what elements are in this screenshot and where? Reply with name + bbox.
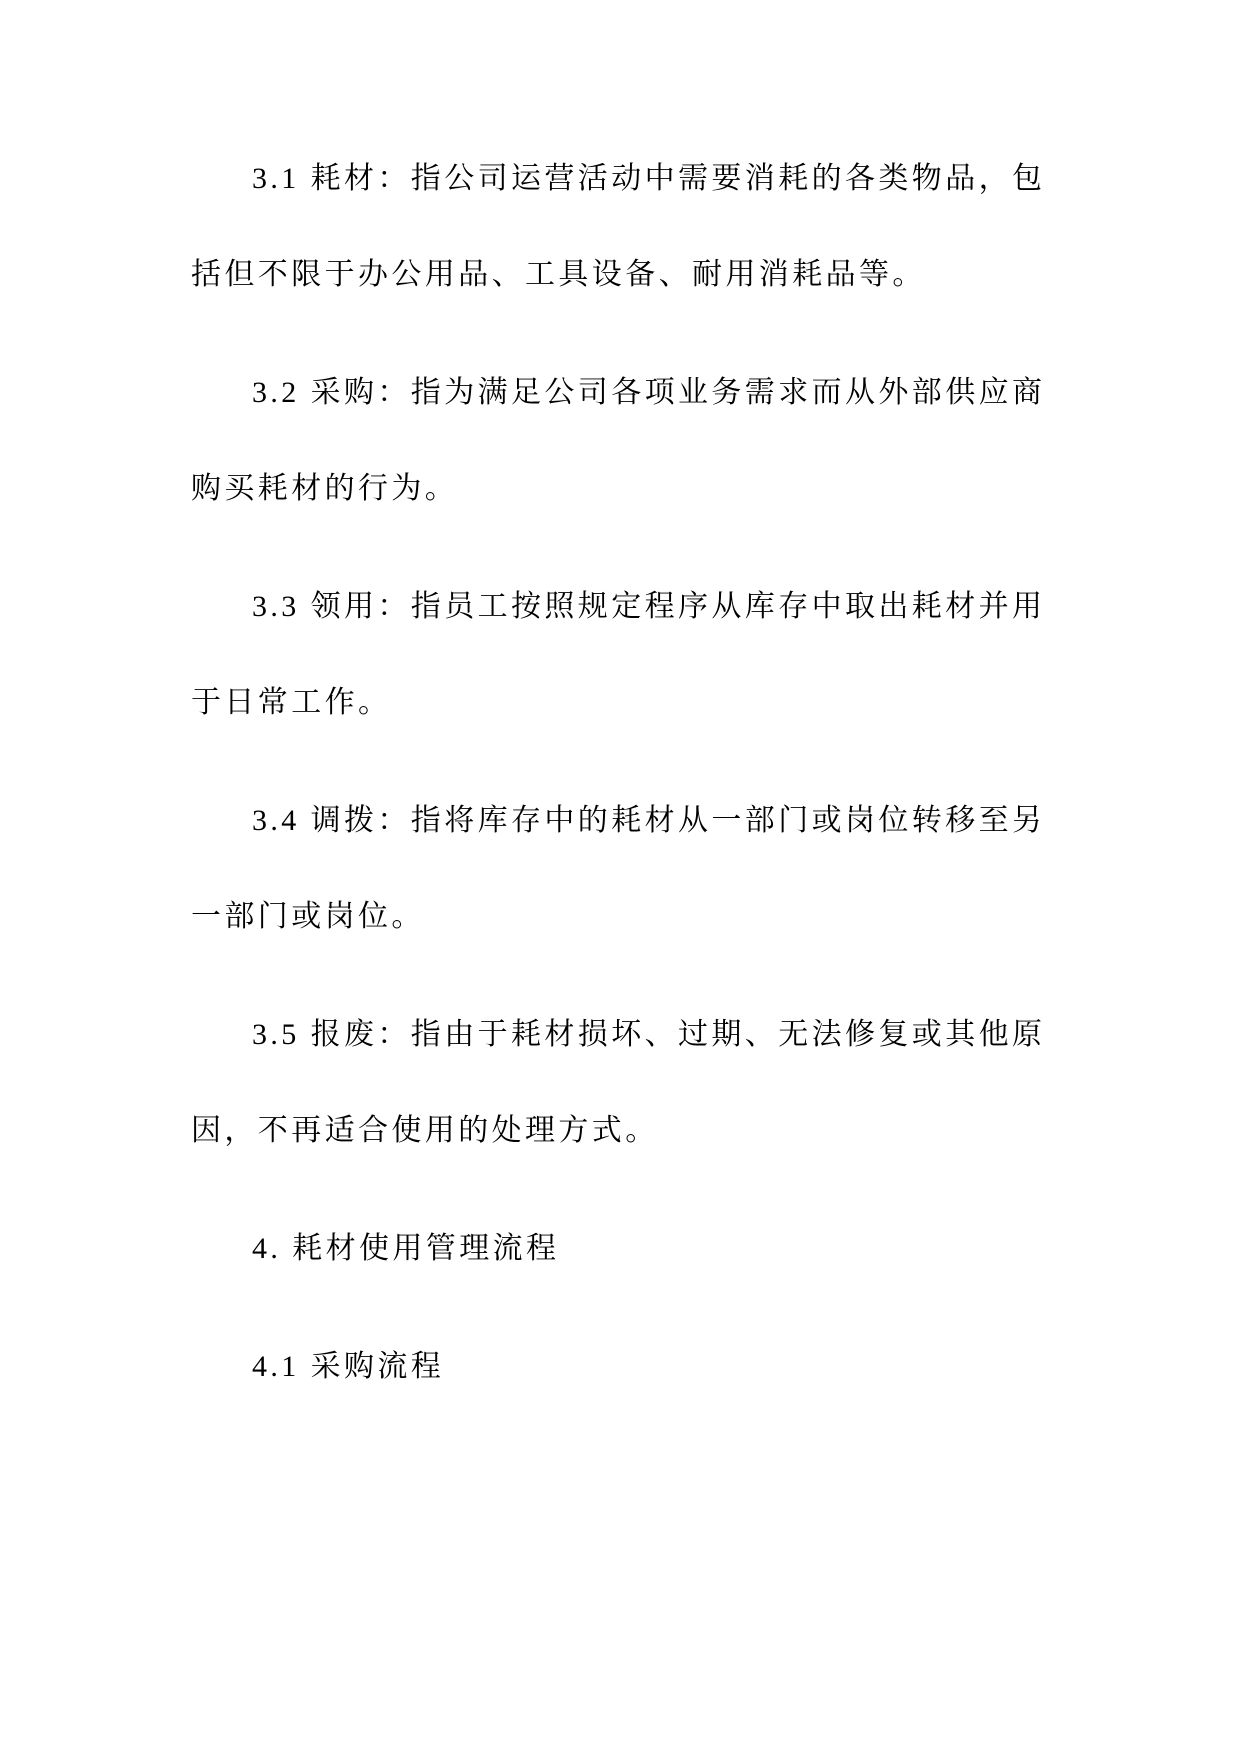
paragraph-line: 于日常工作。 <box>191 655 1041 751</box>
definition-scrapping: 3.5 报废：指由于耗材损坏、过期、无法修复或其他原 因，不再适合使用的处理方式… <box>191 987 1041 1179</box>
heading-text: 4.1 采购流程 <box>191 1319 1041 1415</box>
document-body: 3.1 耗材：指公司运营活动中需要消耗的各类物品，包 括但不限于办公用品、工具设… <box>191 131 1041 1437</box>
paragraph-line: 购买耗材的行为。 <box>191 441 1041 537</box>
paragraph-line: 3.2 采购：指为满足公司各项业务需求而从外部供应商 <box>191 345 1041 441</box>
definition-transfer: 3.4 调拨：指将库存中的耗材从一部门或岗位转移至另 一部门或岗位。 <box>191 773 1041 965</box>
paragraph-line: 3.3 领用：指员工按照规定程序从库存中取出耗材并用 <box>191 559 1041 655</box>
paragraph-line: 3.1 耗材：指公司运营活动中需要消耗的各类物品，包 <box>191 131 1041 227</box>
paragraph-line: 因，不再适合使用的处理方式。 <box>191 1083 1041 1179</box>
definition-procurement: 3.2 采购：指为满足公司各项业务需求而从外部供应商 购买耗材的行为。 <box>191 345 1041 537</box>
paragraph-line: 一部门或岗位。 <box>191 869 1041 965</box>
paragraph-line: 3.4 调拨：指将库存中的耗材从一部门或岗位转移至另 <box>191 773 1041 869</box>
section-heading-usage-process: 4. 耗材使用管理流程 <box>191 1201 1041 1297</box>
definition-consumables: 3.1 耗材：指公司运营活动中需要消耗的各类物品，包 括但不限于办公用品、工具设… <box>191 131 1041 323</box>
subsection-heading-procurement-process: 4.1 采购流程 <box>191 1319 1041 1415</box>
paragraph-line: 括但不限于办公用品、工具设备、耐用消耗品等。 <box>191 227 1041 323</box>
heading-text: 4. 耗材使用管理流程 <box>191 1201 1041 1297</box>
paragraph-line: 3.5 报废：指由于耗材损坏、过期、无法修复或其他原 <box>191 987 1041 1083</box>
definition-requisition: 3.3 领用：指员工按照规定程序从库存中取出耗材并用 于日常工作。 <box>191 559 1041 751</box>
document-page: 3.1 耗材：指公司运营活动中需要消耗的各类物品，包 括但不限于办公用品、工具设… <box>0 0 1240 1753</box>
